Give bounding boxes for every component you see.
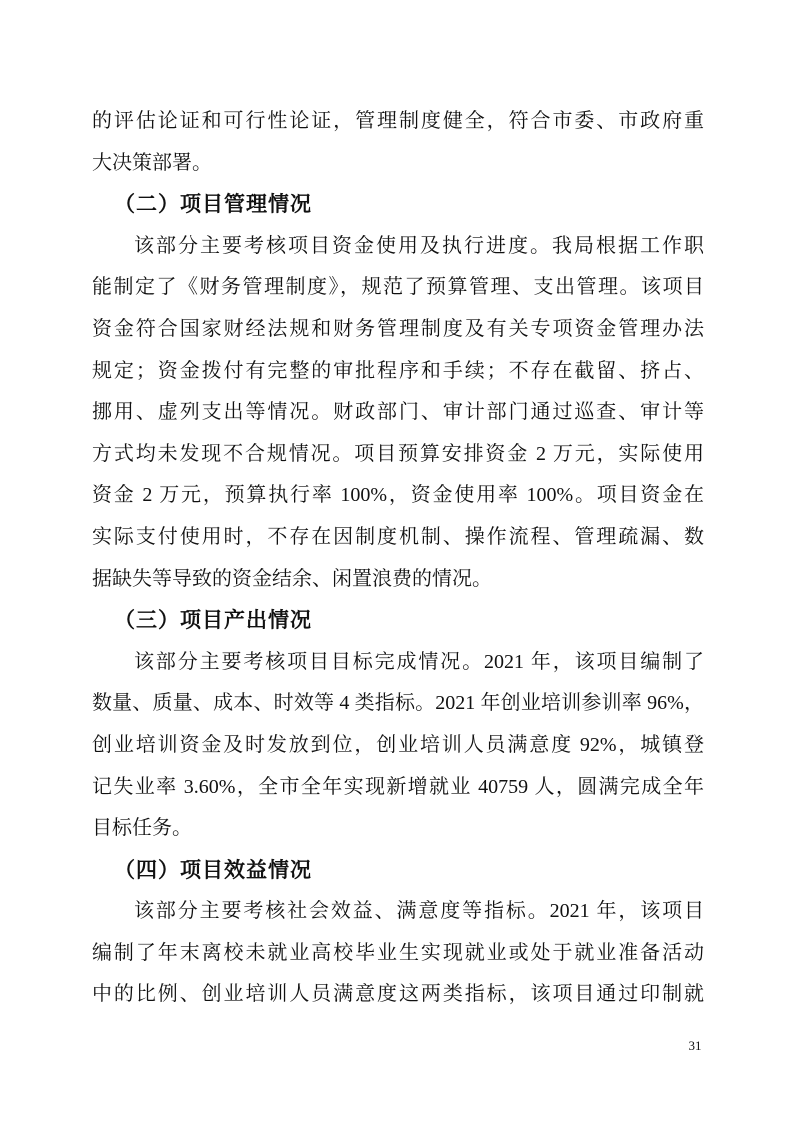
paragraph-line: 的评估论证和可行性论证，管理制度健全，符合市委、市政府重 <box>92 101 704 143</box>
paragraph-line: 据缺失等导致的资金结余、闲置浪费的情况。 <box>92 559 704 601</box>
paragraph-line: 该部分主要考核项目目标完成情况。2021 年，该项目编制了 <box>92 642 704 684</box>
paragraph-line: 该部分主要考核项目资金使用及执行进度。我局根据工作职 <box>92 226 704 268</box>
paragraph-line: 挪用、虚列支出等情况。财政部门、审计部门通过巡查、审计等 <box>92 392 704 434</box>
document-page: 的评估论证和可行性论证，管理制度健全，符合市委、市政府重大决策部署。（二）项目管… <box>0 0 793 1122</box>
paragraph-line: 记失业率 3.60%，全市全年实现新增就业 40759 人，圆满完成全年 <box>92 767 704 809</box>
paragraph-line: 资金 2 万元，预算执行率 100%，资金使用率 100%。项目资金在 <box>92 475 704 517</box>
paragraph-line: 方式均未发现不合规情况。项目预算安排资金 2 万元，实际使用 <box>92 434 704 476</box>
paragraph-line: 目标任务。 <box>92 808 704 850</box>
paragraph-line: 规定；资金拨付有完整的审批程序和手续；不存在截留、挤占、 <box>92 351 704 393</box>
paragraph-line: 该部分主要考核社会效益、满意度等指标。2021 年，该项目 <box>92 891 704 933</box>
paragraph-line: 大决策部署。 <box>92 143 704 185</box>
document-content: 的评估论证和可行性论证，管理制度健全，符合市委、市政府重大决策部署。（二）项目管… <box>92 101 704 1016</box>
section-heading: （三）项目产出情况 <box>92 600 704 642</box>
page-number: 31 <box>682 1038 708 1054</box>
paragraph-line: 资金符合国家财经法规和财务管理制度及有关专项资金管理办法 <box>92 309 704 351</box>
paragraph-line: 数量、质量、成本、时效等 4 类指标。2021 年创业培训参训率 96%， <box>92 683 704 725</box>
paragraph-line: 实际支付使用时，不存在因制度机制、操作流程、管理疏漏、数 <box>92 517 704 559</box>
section-heading: （二）项目管理情况 <box>92 184 704 226</box>
paragraph-line: 创业培训资金及时发放到位，创业培训人员满意度 92%，城镇登 <box>92 725 704 767</box>
paragraph-line: 编制了年末离校未就业高校毕业生实现就业或处于就业准备活动 <box>92 933 704 975</box>
paragraph-line: 能制定了《财务管理制度》，规范了预算管理、支出管理。该项目 <box>92 267 704 309</box>
paragraph-line: 中的比例、创业培训人员满意度这两类指标，该项目通过印制就 <box>92 974 704 1016</box>
section-heading: （四）项目效益情况 <box>92 850 704 892</box>
